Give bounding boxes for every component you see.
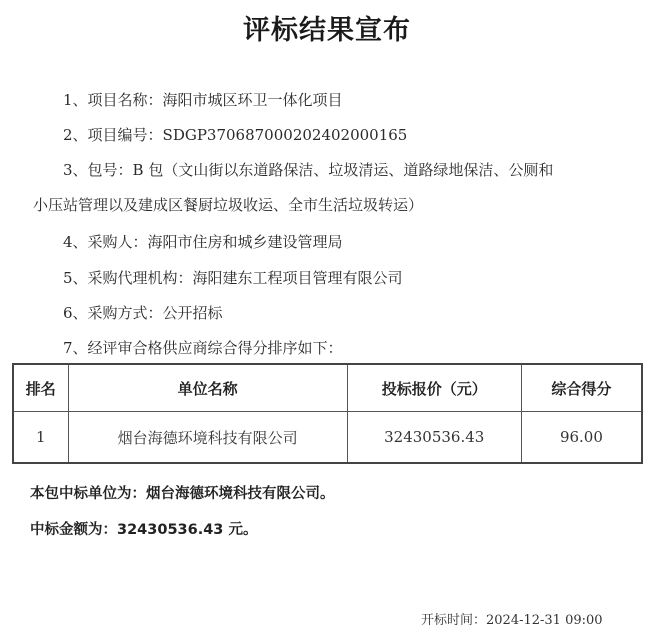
- header-bid-price: 投标报价（元）: [347, 364, 521, 412]
- header-score: 综合得分: [521, 364, 642, 412]
- winner-statement: 本包中标单位为：烟台海德环境科技有限公司。: [30, 482, 335, 503]
- item-ranking-intro: 7、经评审合格供应商综合得分排序如下：: [63, 337, 343, 358]
- cell-rank: 1: [13, 412, 68, 464]
- table-row: 1 烟台海德环境科技有限公司 32430536.43 96.00: [13, 412, 642, 464]
- cell-score: 96.00: [521, 412, 642, 464]
- item-purchaser: 4、采购人：海阳市住房和城乡建设管理局: [63, 231, 343, 252]
- item-package-continued: 小压站管理以及建成区餐厨垃圾收运、全市生活垃圾转运）: [33, 194, 423, 215]
- header-company: 单位名称: [68, 364, 347, 412]
- item-method: 6、采购方式：公开招标: [63, 302, 223, 323]
- document-title: 评标结果宣布: [0, 8, 654, 47]
- cell-bid-price: 32430536.43: [347, 412, 521, 464]
- table-header-row: 排名 单位名称 投标报价（元） 综合得分: [13, 364, 642, 412]
- cell-company: 烟台海德环境科技有限公司: [68, 412, 347, 464]
- header-rank: 排名: [13, 364, 68, 412]
- ranking-table: 排名 单位名称 投标报价（元） 综合得分 1 烟台海德环境科技有限公司 3243…: [12, 363, 643, 464]
- opening-time: 开标时间：2024-12-31 09:00: [421, 609, 603, 628]
- item-package: 3、包号：B 包（文山街以东道路保洁、垃圾清运、道路绿地保洁、公厕和: [63, 159, 553, 180]
- winning-amount: 中标金额为：32430536.43 元。: [30, 518, 257, 539]
- item-project-number: 2、项目编号：SDGP370687000202402000165: [63, 124, 407, 145]
- item-project-name: 1、项目名称：海阳市城区环卫一体化项目: [63, 89, 343, 110]
- item-agency: 5、采购代理机构：海阳建东工程项目管理有限公司: [63, 267, 403, 288]
